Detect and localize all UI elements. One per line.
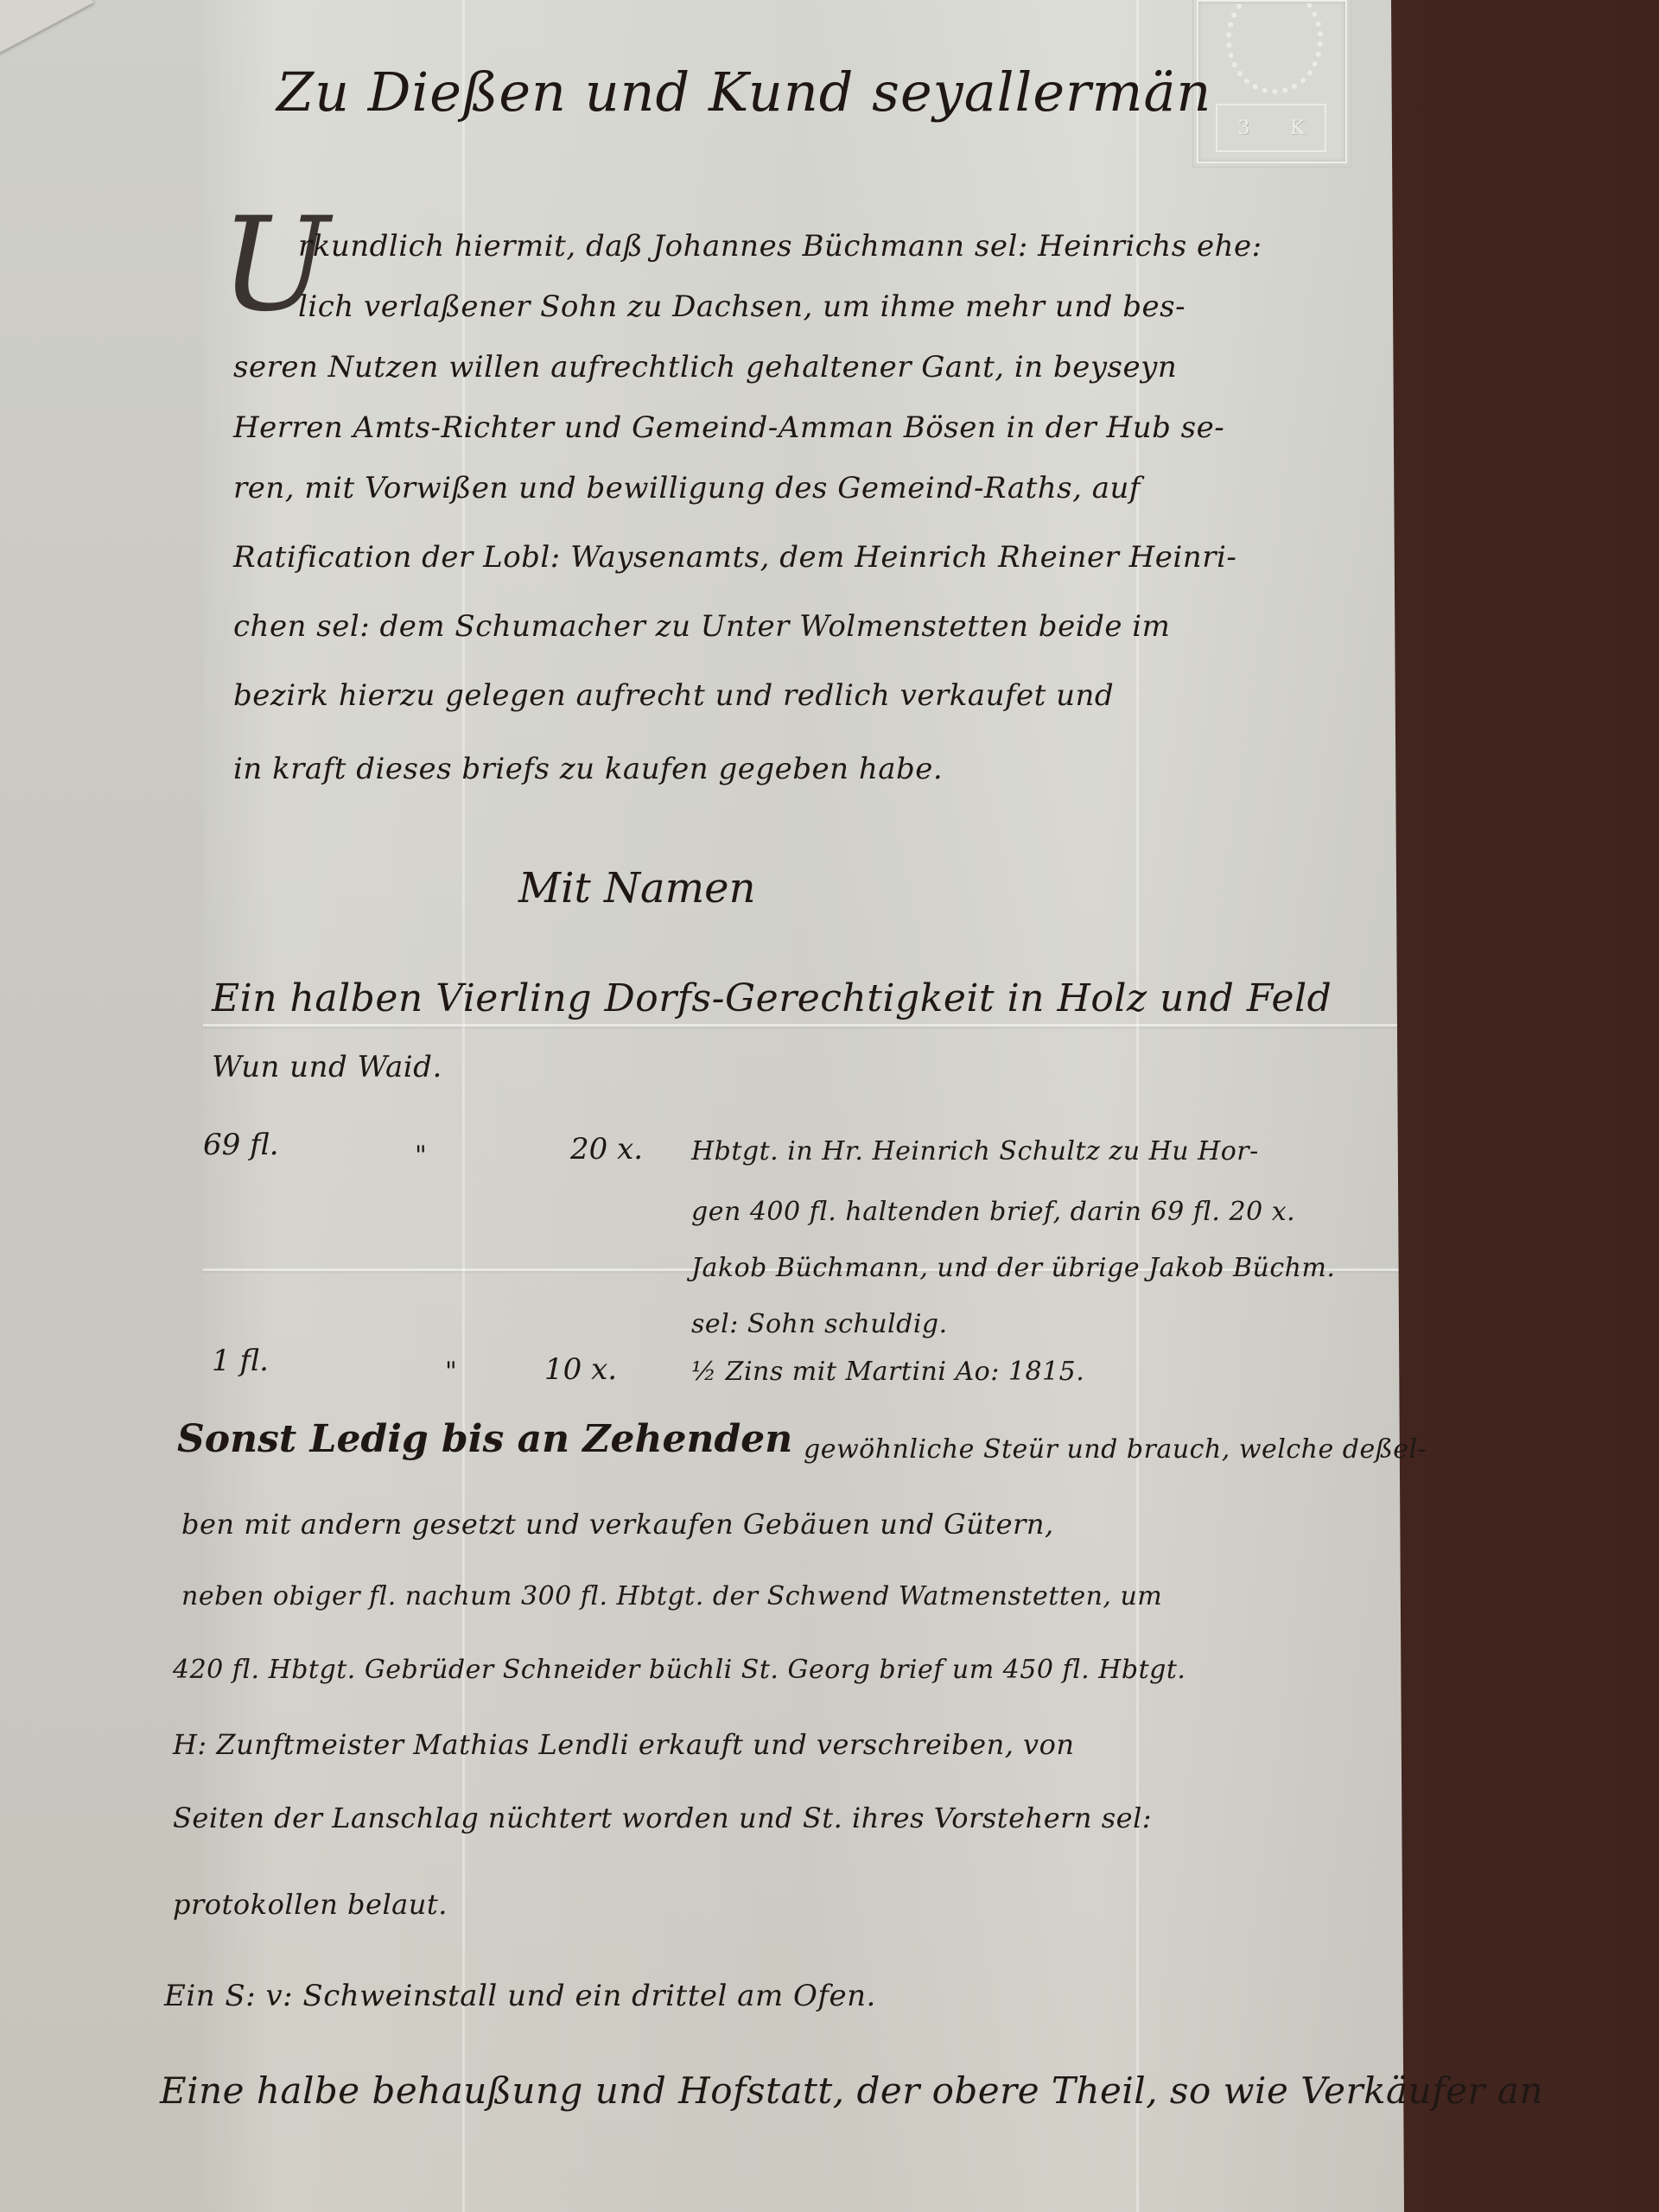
item-line: Ein halben Vierling Dorfs-Gerechtigkeit …	[212, 976, 1332, 1020]
item-line: neben obiger fl. nachum 300 fl. Hbtgt. d…	[181, 1581, 1162, 1611]
section-heading: Mit Namen	[518, 864, 756, 912]
ledger-text: Jakob Büchmann, und der übrige Jakob Büc…	[691, 1253, 1335, 1283]
ledger-text: Hbtgt. in Hr. Heinrich Schultz zu Hu Hor…	[691, 1136, 1259, 1166]
body-line: lich verlaßener Sohn zu Dachsen, um ihme…	[298, 289, 1185, 324]
embossed-tax-stamp: 3 K	[1197, 0, 1347, 163]
item-line: Eine halbe behaußung und Hofstatt, der o…	[160, 2069, 1543, 2112]
document-page	[203, 0, 1404, 2212]
body-line: Herren Amts-Richter und Gemeind-Amman Bö…	[233, 410, 1224, 445]
body-line: chen sel: dem Schumacher zu Unter Wolmen…	[233, 609, 1170, 644]
item-line: Seiten der Lanschlag nüchtert worden und…	[173, 1802, 1152, 1834]
item-line: 420 fl. Hbtgt. Gebrüder Schneider büchli…	[173, 1655, 1185, 1685]
ledger-gulden: 1 fl.	[212, 1344, 269, 1378]
ledger-text: gen 400 fl. haltenden brief, darin 69 fl…	[691, 1197, 1295, 1227]
ledger-kreuzer: 10 x.	[544, 1352, 617, 1387]
stamp-value: 3 K	[1216, 104, 1326, 152]
body-line: rkundlich hiermit, daß Johannes Büchmann…	[298, 229, 1262, 264]
item-line: ben mit andern gesetzt und verkaufen Geb…	[181, 1508, 1054, 1541]
item-line: Ein S: v: Schweinstall und ein drittel a…	[164, 1979, 876, 2013]
body-line: ren, mit Vorwißen und bewilligung des Ge…	[233, 471, 1141, 505]
sheet-corner	[0, 0, 93, 60]
body-line: Ratification der Lobl: Waysenamts, dem H…	[233, 540, 1236, 575]
ledger-ditto: "	[445, 1357, 457, 1387]
wreath-emblem-icon	[1226, 0, 1323, 94]
ledger-gulden: 69 fl.	[203, 1128, 279, 1162]
item-lead: Sonst Ledig bis an Zehenden	[177, 1417, 792, 1461]
ledger-text: sel: Sohn schuldig.	[691, 1309, 948, 1339]
item-line: H: Zunftmeister Mathias Lendli erkauft u…	[173, 1728, 1074, 1761]
fold-line	[1136, 0, 1139, 2212]
body-line: in kraft dieses briefs zu kaufen gegeben…	[233, 752, 943, 786]
item-line: Wun und Waid.	[212, 1050, 442, 1084]
body-line: bezirk hierzu gelegen aufrecht und redli…	[233, 678, 1114, 713]
fold-line	[462, 0, 465, 2212]
fold-line	[203, 1024, 1404, 1027]
ledger-ditto: "	[415, 1141, 427, 1171]
ledger-text: ½ Zins mit Martini Ao: 1815.	[691, 1357, 1084, 1387]
item-line: protokollen belaut.	[173, 1888, 448, 1921]
document-title: Zu Dießen und Kund seyallermän	[276, 60, 1211, 124]
body-line: seren Nutzen willen aufrechtlich gehalte…	[233, 350, 1177, 385]
item-line: gewöhnliche Steür und brauch, welche deß…	[804, 1434, 1427, 1465]
ledger-kreuzer: 20 x.	[570, 1132, 643, 1166]
